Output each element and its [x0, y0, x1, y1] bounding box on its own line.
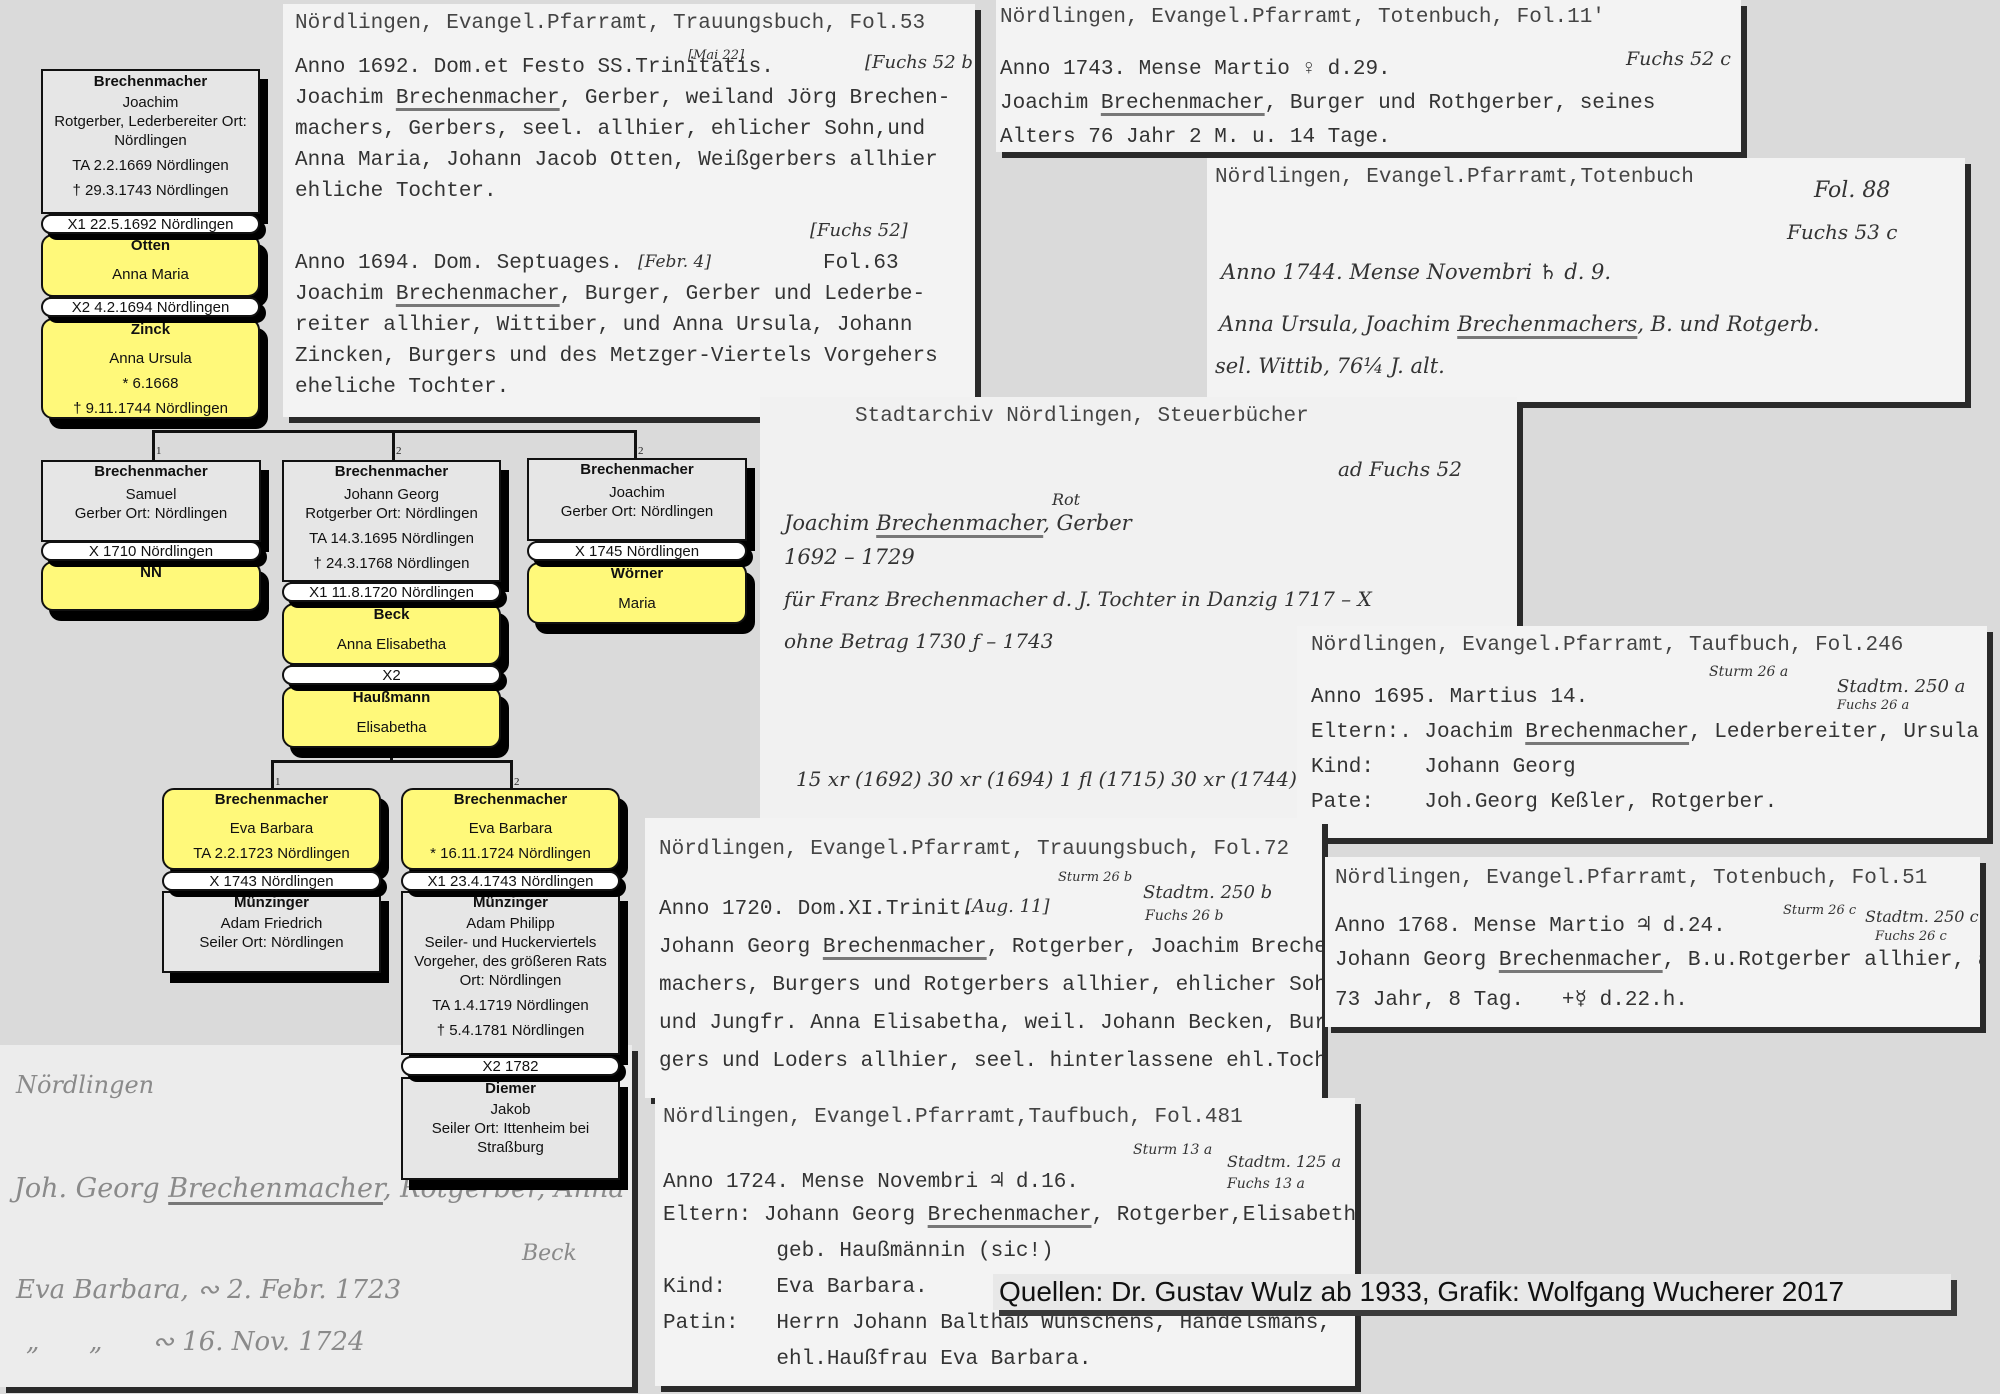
handwritten-note: Stadtm. 250 b — [1143, 882, 1272, 903]
card-header: Nördlingen, Evangel.Pfarramt, Taufbuch, … — [1311, 634, 1903, 657]
record-line: Kind: Eva Barbara. — [663, 1276, 928, 1299]
birth: * 6.1668 — [43, 374, 258, 393]
given-name: Joachim — [43, 93, 258, 112]
given-name: Elisabetha — [284, 718, 499, 737]
tree-connector — [510, 760, 513, 790]
handwritten-line: Beck — [522, 1241, 577, 1266]
record-line: Pate: Joh.Georg Keßler, Rotgerber. — [1311, 791, 1777, 814]
handwritten-line: Anno 1744. Mense Novembri ♄ d. 9. — [1221, 260, 1611, 284]
surname: Münzinger — [403, 893, 618, 912]
child-number: 2 — [396, 445, 402, 457]
record-card-taufbuch-481: Nördlingen, Evangel.Pfarramt,Taufbuch, F… — [655, 1098, 1355, 1386]
tree-connector — [634, 430, 637, 460]
record-card-taufbuch-246: Nördlingen, Evangel.Pfarramt, Taufbuch, … — [1297, 626, 1987, 838]
handwritten-line: Nördlingen — [16, 1071, 154, 1099]
marriage-label: X2 1782 — [401, 1056, 620, 1076]
handwritten-line: „ „ ∾ 16. Nov. 1724 — [26, 1327, 364, 1357]
record-line: Joachim Brechenmacher, Gerber, weiland J… — [295, 87, 950, 110]
death: † 29.3.1743 Nördlingen — [43, 181, 258, 200]
person-woerner-maria[interactable]: Wörner Maria — [527, 562, 747, 624]
record-line: Fol.63 — [823, 252, 899, 275]
person-muenzinger-adam-philipp[interactable]: Münzinger Adam Philipp Seiler- und Hucke… — [401, 891, 620, 1055]
card-header: Nördlingen, Evangel.Pfarramt, Totenbuch,… — [1000, 6, 1605, 29]
record-line: Anno 1720. Dom.XI.Trinit. — [659, 898, 974, 921]
record-line: geb. Haußmännin (sic!) — [663, 1240, 1054, 1263]
handwritten-note: Sturm 26 a — [1709, 664, 1788, 680]
place: Ort: Nördlingen — [403, 971, 618, 990]
record-line: Eltern: Johann Georg Brechenmacher, Rotg… — [663, 1204, 1355, 1227]
record-line: eheliche Tochter. — [295, 376, 509, 399]
marriage-label: X1 23.4.1743 Nördlingen — [401, 871, 620, 891]
handwritten-line: Joachim Brechenmacher, Gerber — [784, 511, 1132, 535]
surname: Wörner — [529, 564, 745, 583]
record-line: Patin: Herrn Johann Balthaß Wunschens, H… — [663, 1312, 1331, 1335]
occupation: Vorgeher, des größeren Rats — [403, 952, 618, 971]
card-header: Nördlingen, Evangel.Pfarramt,Taufbuch, F… — [663, 1106, 1243, 1129]
marriage-label: X 1743 Nördlingen — [162, 871, 381, 891]
handwritten-note: Fuchs 26 b — [1145, 908, 1223, 924]
given-name: Johann Georg — [284, 485, 499, 504]
handwritten-line: sel. Wittib, 76¼ J. alt. — [1215, 354, 1445, 378]
handwritten-line: Anna Ursula, Joachim Brechenmachers, B. … — [1219, 312, 1820, 336]
tree-connector — [271, 760, 513, 763]
child-number: 2 — [638, 445, 644, 457]
record-line: Joachim Brechenmacher, Burger, Gerber un… — [295, 283, 925, 306]
record-line: reiter allhier, Wittiber, und Anna Ursul… — [295, 314, 913, 337]
record-line: 73 Jahr, 8 Tag. +☿ d.22.h. — [1335, 986, 1688, 1012]
record-line: machers, Gerbers, seel. allhier, ehliche… — [295, 118, 925, 141]
handwritten-line: für Franz Brechenmacher d. J. Tochter in… — [784, 587, 1372, 611]
record-card-trauungsbuch-72: Nördlingen, Evangel.Pfarramt, Trauungsbu… — [645, 818, 1322, 1098]
birth: * 16.11.1724 Nördlingen — [403, 844, 618, 863]
handwritten-note: Stadtm. 250 c — [1865, 907, 1979, 926]
person-johann-georg-brechenmacher[interactable]: Brechenmacher Johann Georg Rotgerber Ort… — [282, 460, 501, 582]
surname: Zinck — [43, 320, 258, 339]
handwritten-note: [Fuchs 52 b — [865, 52, 973, 73]
record-line: Alters 76 Jahr 2 M. u. 14 Tage. — [1000, 126, 1391, 149]
record-line: Joachim Brechenmacher, Burger und Rothge… — [1000, 92, 1655, 115]
tree-connector — [152, 430, 155, 460]
surname: NN — [43, 563, 259, 582]
marriage-label: X2 — [282, 665, 501, 685]
handwritten-note: Fuchs 53 c — [1787, 220, 1897, 244]
handwritten-line: 1692 – 1729 — [784, 545, 915, 569]
handwritten-line: Eva Barbara, ∾ 2. Febr. 1723 — [16, 1275, 401, 1305]
occupation: Seiler Ort: Nördlingen — [164, 933, 379, 952]
given-name: Jakob — [403, 1100, 618, 1119]
place: Nördlingen — [43, 131, 258, 150]
tree-connector — [392, 430, 395, 460]
death: † 9.11.1744 Nördlingen — [43, 399, 258, 418]
given-name: Anna Elisabetha — [284, 635, 499, 654]
person-beck-anna-elisabetha[interactable]: Beck Anna Elisabetha — [282, 603, 501, 665]
occupation: Seiler Ort: Ittenheim bei — [403, 1119, 618, 1138]
marriage-label: X1 22.5.1692 Nördlingen — [41, 214, 260, 234]
record-card-totenbuch-88: Nördlingen, Evangel.Pfarramt,Totenbuch F… — [1207, 158, 1965, 402]
tree-connector — [271, 760, 274, 790]
person-eva-barbara-1724[interactable]: Brechenmacher Eva Barbara * 16.11.1724 N… — [401, 788, 620, 870]
surname: Brechenmacher — [529, 460, 745, 479]
handwritten-note: Fuchs 13 a — [1227, 1176, 1305, 1192]
record-line: und Jungfr. Anna Elisabetha, weil. Johan… — [659, 1012, 1322, 1035]
record-line: Anno 1724. Mense Novembri ♃ d.16. — [663, 1168, 1079, 1194]
occupation: Seiler- und Huckerviertels — [403, 933, 618, 952]
baptism: TA 14.3.1695 Nördlingen — [284, 529, 499, 548]
record-line: Johann Georg Brechenmacher, Rotgerber, J… — [659, 936, 1322, 959]
given-name: Anna Ursula — [43, 349, 258, 368]
person-samuel-brechenmacher[interactable]: Brechenmacher Samuel Gerber Ort: Nördlin… — [41, 460, 261, 542]
record-line: Anno 1692. Dom.et Festo SS.Trinitatis. — [295, 56, 774, 79]
record-line: Zincken, Burgers und des Metzger-Viertel… — [295, 345, 938, 368]
card-header: Nördlingen, Evangel.Pfarramt,Totenbuch — [1215, 166, 1694, 189]
record-card-trauungsbuch-53: Nördlingen, Evangel.Pfarramt, Trauungsbu… — [283, 4, 975, 417]
record-line: Eltern:. Joachim Brechenmacher, Lederber… — [1311, 721, 1979, 744]
marriage-label: X1 11.8.1720 Nördlingen — [282, 582, 501, 602]
surname: Beck — [284, 605, 499, 624]
handwritten-note: Stadtm. 125 a — [1227, 1152, 1341, 1171]
person-zinck-anna-ursula[interactable]: Zinck Anna Ursula * 6.1668 † 9.11.1744 N… — [41, 318, 260, 419]
record-line: Anno 1768. Mense Martio ♃ d.24. — [1335, 912, 1726, 938]
baptism: TA 1.4.1719 Nördlingen — [403, 996, 618, 1015]
baptism: TA 2.2.1723 Nördlingen — [164, 844, 379, 863]
handwritten-note: Stadtm. 250 a — [1837, 676, 1965, 697]
given-name: Samuel — [43, 485, 259, 504]
child-number: 2 — [514, 776, 520, 788]
marriage-label: X2 4.2.1694 Nördlingen — [41, 297, 260, 317]
given-name: Adam Friedrich — [164, 914, 379, 933]
person-otten-anna-maria[interactable]: Otten Anna Maria — [41, 234, 260, 297]
handwritten-note: Fuchs 26 a — [1837, 698, 1909, 713]
handwritten-note: Sturm 26 c — [1783, 903, 1856, 918]
surname: Brechenmacher — [43, 462, 259, 481]
place: Straßburg — [403, 1138, 618, 1157]
given-name: Eva Barbara — [164, 819, 379, 838]
record-line: ehl.Haußfrau Eva Barbara. — [663, 1348, 1091, 1371]
person-joachim-brechenmacher[interactable]: Brechenmacher Joachim Rotgerber, Lederbe… — [41, 69, 260, 214]
handwritten-note: ad Fuchs 52 — [1338, 457, 1462, 481]
occupation: Rotgerber Ort: Nördlingen — [284, 504, 499, 523]
surname: Diemer — [403, 1079, 618, 1098]
given-name: Adam Philipp — [403, 914, 618, 933]
surname: Haußmann — [284, 688, 499, 707]
person-joachim-brechenmacher-jr[interactable]: Brechenmacher Joachim Gerber Ort: Nördli… — [527, 458, 747, 541]
surname: Brechenmacher — [284, 462, 499, 481]
record-line: Johann Georg Brechenmacher, B.u.Rotgerbe… — [1335, 949, 1980, 972]
record-line: Anno 1694. Dom. Septuages. — [295, 252, 623, 275]
record-line: Kind: Johann Georg — [1311, 756, 1576, 779]
child-number: 1 — [156, 445, 162, 457]
death: † 24.3.1768 Nördlingen — [284, 554, 499, 573]
person-muenzinger-adam-friedrich[interactable]: Münzinger Adam Friedrich Seiler Ort: Nör… — [162, 891, 381, 973]
record-line: ehliche Tochter. — [295, 180, 497, 203]
person-haussmann-elisabetha[interactable]: Haußmann Elisabetha — [282, 686, 501, 748]
record-card-totenbuch-51: Nördlingen, Evangel.Pfarramt, Totenbuch,… — [1325, 857, 1980, 1027]
sources-credit: Quellen: Dr. Gustav Wulz ab 1933, Grafik… — [993, 1274, 1951, 1310]
given-name: Joachim — [529, 483, 745, 502]
surname: Brechenmacher — [403, 790, 618, 809]
record-line: Anna Maria, Johann Jacob Otten, Weißgerb… — [295, 149, 938, 172]
given-name: Maria — [529, 594, 745, 613]
handwritten-note: Fuchs 26 c — [1875, 929, 1947, 944]
surname: Brechenmacher — [43, 72, 258, 91]
given-name: Eva Barbara — [403, 819, 618, 838]
given-name: Anna Maria — [43, 265, 258, 284]
record-line: machers, Burgers und Rotgerbers allhier,… — [659, 974, 1322, 997]
handwritten-note: [Fuchs 52] — [810, 220, 908, 241]
person-nn[interactable]: NN — [41, 561, 261, 611]
surname: Münzinger — [164, 893, 379, 912]
handwritten-note: Fuchs 52 c — [1626, 48, 1731, 70]
handwritten-note: [Febr. 4] — [638, 252, 711, 272]
occupation: Gerber Ort: Nördlingen — [43, 504, 259, 523]
handwritten-line: 15 xr (1692) 30 xr (1694) 1 fl (1715) 30… — [796, 767, 1297, 791]
handwritten-note: [Aug. 11] — [965, 896, 1050, 917]
baptism: TA 2.2.1669 Nördlingen — [43, 156, 258, 175]
record-line: Anno 1695. Martius 14. — [1311, 686, 1588, 709]
handwritten-line: ohne Betrag 1730 ƒ – 1743 — [784, 629, 1053, 653]
person-eva-barbara-1723[interactable]: Brechenmacher Eva Barbara TA 2.2.1723 Nö… — [162, 788, 381, 870]
record-line: gers und Loders allhier, seel. hinterlas… — [659, 1050, 1322, 1073]
occupation: Gerber Ort: Nördlingen — [529, 502, 745, 521]
card-header: Nördlingen, Evangel.Pfarramt, Trauungsbu… — [295, 12, 925, 35]
death: † 5.4.1781 Nördlingen — [403, 1021, 618, 1040]
handwritten-note: Sturm 13 a — [1133, 1142, 1212, 1158]
handwritten-note: Sturm 26 b — [1058, 870, 1132, 885]
marriage-label: X 1710 Nördlingen — [41, 541, 261, 561]
marriage-label: X 1745 Nördlingen — [527, 541, 747, 561]
card-header: Nördlingen, Evangel.Pfarramt, Trauungsbu… — [659, 838, 1289, 861]
card-header: Stadtarchiv Nördlingen, Steuerbücher — [855, 405, 1309, 428]
handwritten-note: Rot — [1052, 490, 1080, 509]
handwritten-note: Fol. 88 — [1814, 178, 1890, 203]
record-card-totenbuch-11: Nördlingen, Evangel.Pfarramt, Totenbuch,… — [996, 0, 1741, 152]
occupation: Rotgerber, Lederbereiter Ort: — [43, 112, 258, 131]
card-header: Nördlingen, Evangel.Pfarramt, Totenbuch,… — [1335, 867, 1927, 890]
surname: Otten — [43, 236, 258, 255]
surname: Brechenmacher — [164, 790, 379, 809]
child-number: 1 — [275, 776, 281, 788]
person-diemer-jakob[interactable]: Diemer Jakob Seiler Ort: Ittenheim bei S… — [401, 1077, 620, 1180]
record-line: Anno 1743. Mense Martio ♀ d.29. — [1000, 58, 1391, 81]
